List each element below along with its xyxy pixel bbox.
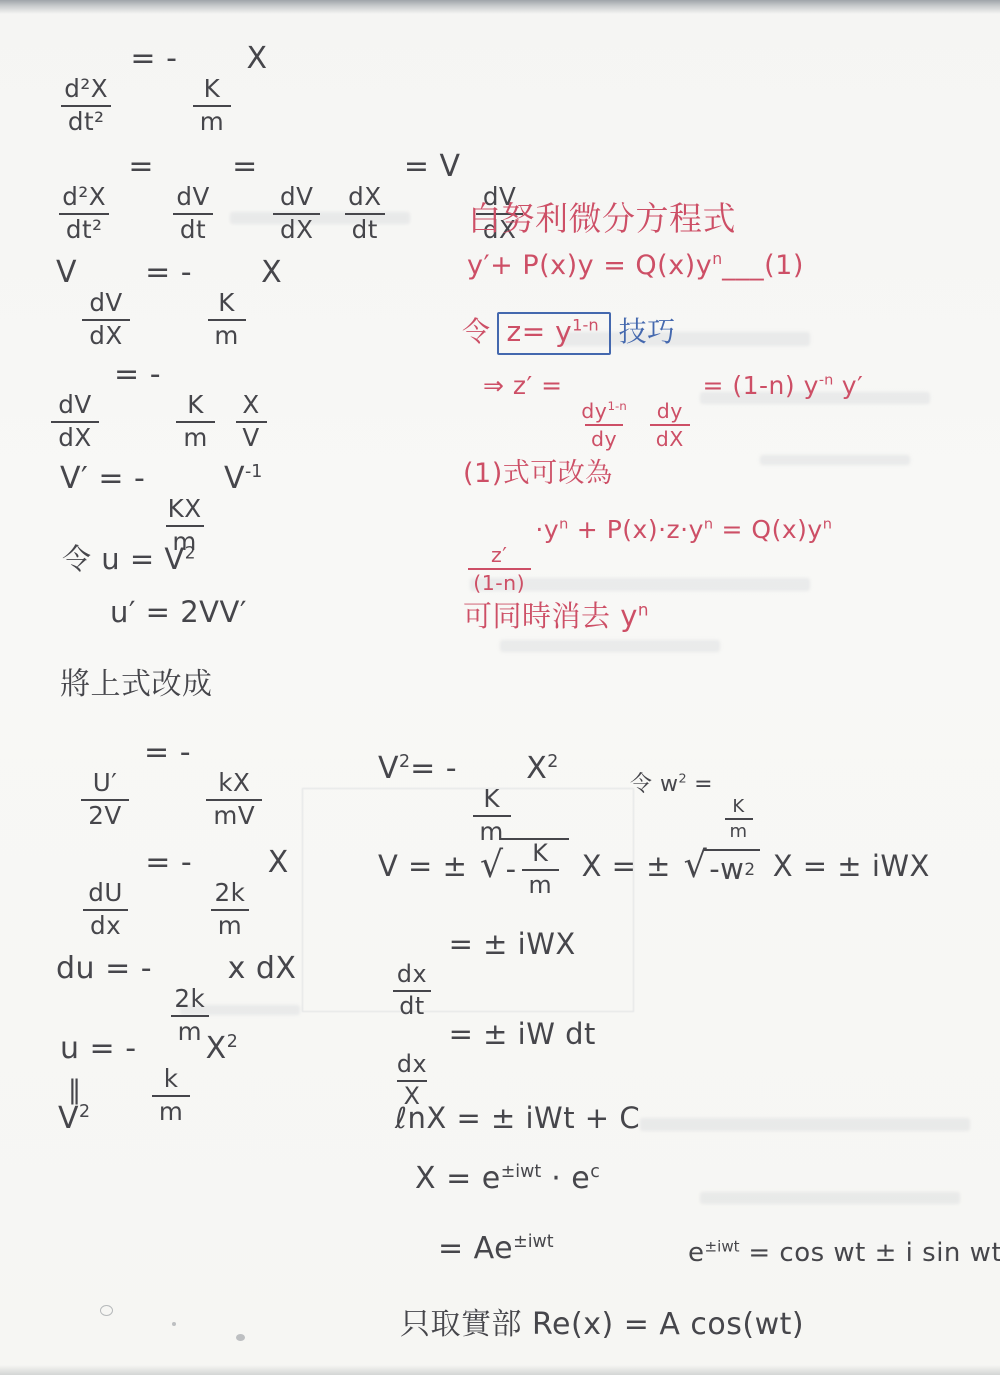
scan-speck: [172, 1322, 176, 1326]
bleed-through-smudge: [700, 1192, 960, 1204]
eq-let-u-part-0: 令 u = V2: [62, 542, 195, 576]
eq-chain-rule-part-0: d²Xdt² = dVdt = dVdX dXdt = V dVdX: [50, 149, 529, 184]
eq-euler: e±iwt = cos wt ± i sin wt: [688, 1238, 1000, 1269]
eq-z-prime: ⇒ z′ = dy1-ndy dydX = (1-n) y-n y′: [483, 372, 863, 449]
eq-u-prime-part-0: u′ = 2VV′: [110, 595, 247, 629]
text-rewrite-above-part-0: 將上式改成: [60, 667, 213, 702]
eq-v-sqrt-part-0: V = ± √-Km X = ± √-w2 X = ± iWX: [378, 849, 930, 883]
title-bernoulli: 白努利微分方程式: [468, 200, 736, 238]
eq-dx-over-x-part-0: dxX = ± iW dt: [385, 1017, 596, 1051]
eq-bernoulli-form-part-0: y′+ P(x)y = Q(x)yn___(1): [467, 250, 804, 281]
text-cancel-yn: 可同時消去 yn: [463, 600, 649, 633]
eq-rewritten: z′(1-n)·yn + P(x)·z·yn = Q(x)yn: [463, 516, 832, 593]
text-eq1-rewrite-part-0: (1)式可改為: [463, 458, 613, 489]
text-real-part-part-0: 只取實部 Re(x) = A cos(wt): [400, 1307, 804, 1342]
bleed-through-smudge: [760, 455, 910, 465]
bleed-through-smudge: [640, 1118, 970, 1131]
eq-v2-equals-part-0: V2= - Km X2: [378, 751, 558, 786]
eq-ln-x-part-0: ℓnX = ± iWt + C: [395, 1101, 640, 1135]
eq-uprime-2v: U′2V = - kXmV: [76, 736, 267, 829]
text-eq1-rewrite: (1)式可改為: [463, 458, 613, 489]
eq-bernoulli-form: y′+ P(x)y = Q(x)yn___(1): [467, 250, 804, 281]
eq-shm-definition: d²Xdt² = - Km X: [52, 42, 268, 135]
eq-v-dvdx-part-0: VdVdX = - Km X: [56, 255, 282, 290]
eq-substitution-box-part-2: 技巧: [619, 315, 676, 348]
eq-v-prime-part-0: V′ = - KXm V-1: [60, 461, 262, 496]
bleed-through-smudge: [500, 640, 720, 652]
eq-v-squared-part-0: V2: [58, 1101, 90, 1136]
eq-v-dvdx: VdVdX = - Km X: [56, 256, 282, 349]
text-real-part: 只取實部 Re(x) = A cos(wt): [400, 1308, 804, 1343]
eq-v-prime: V′ = - KXm V-1: [60, 462, 262, 555]
title-bernoulli-part-0: 白努利微分方程式: [468, 199, 736, 238]
eq-rewritten-part-0: z′(1-n)·yn + P(x)·z·yn = Q(x)yn: [463, 515, 832, 544]
eq-x-exponential-part-0: X = e±iwt · ec: [415, 1161, 600, 1196]
eq-v-squared: V2: [58, 1102, 90, 1137]
eq-substitution-box: 令z= y1-n技巧: [462, 316, 676, 348]
eq-x-ae: = Ae±iwt: [438, 1232, 554, 1267]
eq-z-prime-part-0: ⇒ z′ = dy1-ndy dydX = (1-n) y-n y′: [483, 371, 863, 400]
scan-speck: [100, 1305, 113, 1316]
text-cancel-yn-part-0: 可同時消去 yn: [463, 599, 649, 633]
text-rewrite-above: 將上式改成: [60, 668, 213, 703]
eq-dvdx: dVdX = - Km XV: [46, 358, 272, 451]
eq-dvdx-part-0: dVdX = - Km XV: [46, 357, 272, 392]
scan-speck: [236, 1334, 245, 1341]
eq-v-sqrt: V = ± √-Km X = ± √-w2 X = ± iWX: [378, 838, 930, 898]
eq-let-u: 令 u = V2: [62, 543, 195, 576]
eq-let-w2-part-0: 令 w2 = Km: [630, 772, 757, 797]
eq-dxdt: dxdt = ± iWX: [385, 928, 576, 1019]
eq-ln-x: ℓnX = ± iWt + C: [395, 1102, 640, 1135]
eq-du-part-0: du = - 2km x dX: [56, 951, 296, 986]
eq-substitution-box-part-1: z= y1-n: [497, 312, 611, 355]
eq-v2-equals: V2= - Km X2: [378, 752, 558, 845]
note-page: d²Xdt² = - Km Xd²Xdt² = dVdt = dVdX dXdt…: [0, 0, 1000, 1375]
eq-u-prime: u′ = 2VV′: [110, 596, 247, 629]
eq-u-result-part-0: u = - km X2: [60, 1031, 238, 1066]
eq-substitution-box-part-0: 令: [462, 315, 491, 348]
eq-shm-definition-part-0: d²Xdt² = - Km X: [52, 41, 268, 76]
eq-euler-part-0: e±iwt = cos wt ± i sin wt: [688, 1238, 1000, 1268]
eq-dudx: dUdx = - 2km X: [76, 846, 289, 939]
eq-dx-over-x: dxX = ± iW dt: [385, 1018, 596, 1109]
eq-x-exponential: X = e±iwt · ec: [415, 1162, 600, 1197]
eq-let-w2: 令 w2 = Km: [630, 772, 757, 841]
eq-uprime-2v-part-0: U′2V = - kXmV: [76, 735, 267, 770]
eq-dxdt-part-0: dxdt = ± iWX: [385, 927, 576, 961]
eq-dudx-part-0: dUdx = - 2km X: [76, 845, 289, 880]
eq-chain-rule: d²Xdt² = dVdt = dVdX dXdt = V dVdX: [50, 150, 529, 243]
eq-x-ae-part-0: = Ae±iwt: [438, 1231, 554, 1266]
